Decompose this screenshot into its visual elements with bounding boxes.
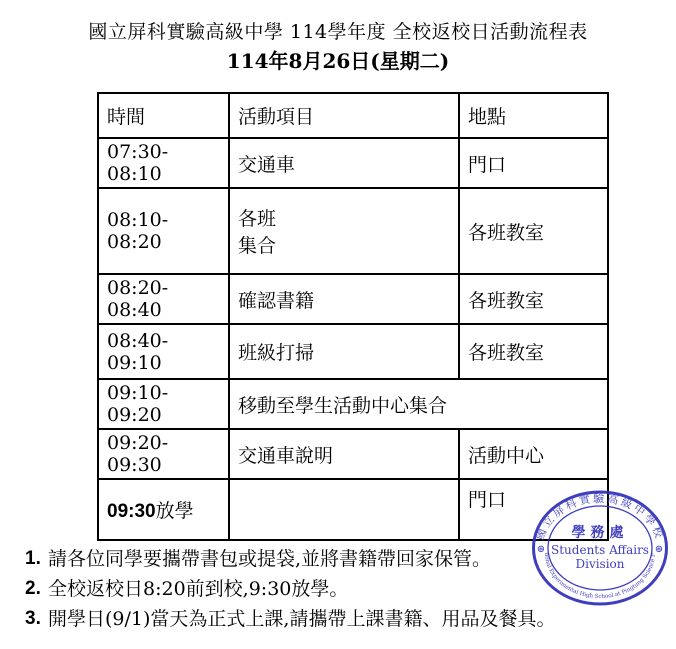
schedule-table: 時間 活動項目 地點 07:30-08:10 交通車 門口 08:10-08:2…	[97, 92, 609, 541]
cell-time: 08:10-08:20	[98, 188, 229, 274]
table-header-row: 時間 活動項目 地點	[98, 93, 608, 138]
cell-activity: 交通車說明	[229, 429, 459, 479]
cell-time: 09:20-09:30	[98, 429, 229, 479]
note-text: 請各位同學要攜帶書包或提袋,並將書籍帶回家保管。	[48, 546, 491, 572]
page-title: 國立屏科實驗高級中學 114學年度 全校返校日活動流程表	[0, 17, 676, 44]
cell-activity: 交通車	[229, 138, 459, 188]
cell-time-dismissal: 09:30放學	[98, 479, 229, 540]
note-text: 開學日(9/1)當天為正式上課,請攜帶上課書籍、用品及餐具。	[48, 606, 555, 632]
cell-location: 各班教室	[459, 324, 608, 379]
table-row: 08:40-09:10 班級打掃 各班教室	[98, 324, 608, 379]
note-number: 1.	[25, 546, 48, 572]
cell-time: 09:10-09:20	[98, 379, 229, 429]
cell-activity: 確認書籍	[229, 274, 459, 324]
header-activity: 活動項目	[229, 93, 459, 138]
table-row: 09:30放學 門口	[98, 479, 608, 540]
table-row: 08:10-08:20 各班 集合 各班教室	[98, 188, 608, 274]
seal-ornament-right-icon: ⊛	[655, 544, 663, 555]
dismissal-label: 放學	[156, 500, 194, 522]
note-number: 2.	[25, 576, 48, 602]
cell-location: 活動中心	[459, 429, 608, 479]
cell-activity-empty	[229, 479, 459, 540]
table-row: 09:10-09:20 移動至學生活動中心集合	[98, 379, 608, 429]
table-row: 08:20-08:40 確認書籍 各班教室	[98, 274, 608, 324]
table-row: 07:30-08:10 交通車 門口	[98, 138, 608, 188]
cell-time: 08:40-09:10	[98, 324, 229, 379]
cell-location: 各班教室	[459, 274, 608, 324]
cell-time: 07:30-08:10	[98, 138, 229, 188]
notes-list: 1. 請各位同學要攜帶書包或提袋,並將書籍帶回家保管。 2. 全校返校日8:20…	[25, 546, 645, 636]
note-item: 2. 全校返校日8:20前到校,9:30放學。	[25, 576, 645, 606]
cell-activity: 班級打掃	[229, 324, 459, 379]
dismissal-time: 09:30	[107, 501, 156, 522]
page-subtitle-date: 114年8月26日(星期二)	[0, 45, 676, 74]
header-location: 地點	[459, 93, 608, 138]
table-row: 09:20-09:30 交通車說明 活動中心	[98, 429, 608, 479]
cell-location: 門口	[459, 479, 608, 540]
note-item: 3. 開學日(9/1)當天為正式上課,請攜帶上課書籍、用品及餐具。	[25, 606, 645, 636]
cell-time: 08:20-08:40	[98, 274, 229, 324]
note-text: 全校返校日8:20前到校,9:30放學。	[48, 576, 348, 602]
cell-location: 門口	[459, 138, 608, 188]
note-number: 3.	[25, 606, 48, 632]
cell-location: 各班教室	[459, 188, 608, 274]
cell-activity-span: 移動至學生活動中心集合	[229, 379, 608, 429]
cell-activity: 各班 集合	[229, 188, 459, 274]
note-item: 1. 請各位同學要攜帶書包或提袋,並將書籍帶回家保管。	[25, 546, 645, 576]
header-time: 時間	[98, 93, 229, 138]
